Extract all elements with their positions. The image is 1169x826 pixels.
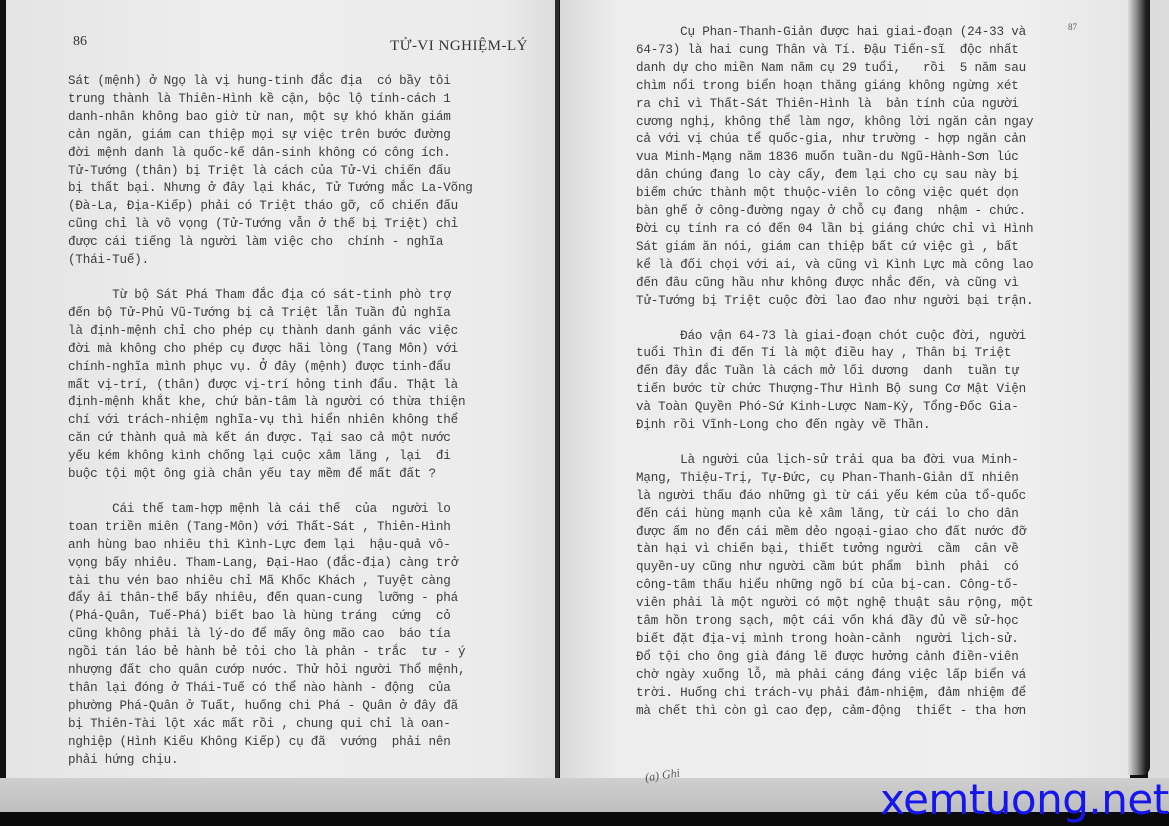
text-line: bàn ghế ở công-đường ngay ở chỗ cụ đang … bbox=[636, 203, 1033, 221]
text-line: Sát (mệnh) ở Ngọ là vị hung-tinh đắc địa… bbox=[68, 73, 473, 91]
text-line: danh dự cho miền Nam năm cụ 29 tuổi, rồi… bbox=[636, 60, 1033, 78]
text-line: 64-73) là hai cung Thân và Tí. Đậu Tiến-… bbox=[636, 42, 1033, 60]
text-line: yếu kém không kình chống lại cuộc xâm lă… bbox=[68, 448, 473, 466]
paragraph: Đáo vận 64-73 là giai-đoạn chót cuộc đời… bbox=[636, 328, 1033, 435]
text-line: Tử-Tướng (thân) bị Triệt là cách của Tử-… bbox=[68, 163, 473, 181]
text-line: và Toàn Quyền Phó-Sứ Kinh-Lược Nam-Kỳ, T… bbox=[636, 399, 1033, 417]
text-line: vọng bấy nhiêu. Tham-Lang, Đại-Hao (đắc-… bbox=[68, 555, 473, 573]
text-line: bị Thiên-Tài lột xác mất rồi , chung qui… bbox=[68, 716, 473, 734]
text-line: Mạng, Thiệu-Trị, Tự-Đức, cụ Phan-Thanh-G… bbox=[636, 470, 1033, 488]
paragraph-gap bbox=[68, 484, 473, 501]
paragraph-gap bbox=[636, 311, 1033, 328]
text-line: trung thành là Thiên-Hình kề cận, bộc lộ… bbox=[68, 91, 473, 109]
text-line: đến đây đắc Tuần là cách mở lối dương da… bbox=[636, 363, 1033, 381]
text-line: là người thấu đáo những gì từ cái yếu ké… bbox=[636, 488, 1033, 506]
paragraph-gap bbox=[68, 270, 473, 287]
text-line: tâm hồn trong sạch, một cái vốn khá đầy … bbox=[636, 613, 1033, 631]
text-line: Đáo vận 64-73 là giai-đoạn chót cuộc đời… bbox=[636, 328, 1033, 346]
text-line: (Đà-La, Địa-Kiếp) phải có Triệt tháo gỡ,… bbox=[68, 198, 473, 216]
paragraph-gap bbox=[636, 435, 1033, 452]
text-line: viên phải là một người có một nghệ thuật… bbox=[636, 595, 1033, 613]
margin-page-number: 87 bbox=[1068, 22, 1077, 32]
scan-background bbox=[1148, 0, 1169, 780]
book-spine bbox=[555, 0, 559, 782]
text-line: chờ ngày xuống lỗ, mà phải cáng đáng việ… bbox=[636, 667, 1033, 685]
text-line: vua Minh-Mạng năm 1836 muốn tuần-du Ngũ-… bbox=[636, 149, 1033, 167]
running-title: TỬ-VI NGHIỆM-LÝ bbox=[390, 38, 528, 55]
text-line: nghiệp (Hình Kiếu Không Kiếp) cụ đã vướn… bbox=[68, 734, 473, 752]
text-line: tuổi Thìn đi đến Tí là một điều hay , Th… bbox=[636, 345, 1033, 363]
text-line: dân chúng đang lo cày cấy, đem lại cho c… bbox=[636, 167, 1033, 185]
text-line: ra chỉ vì Thất-Sát Thiên-Hình là bản tín… bbox=[636, 96, 1033, 114]
text-line: Tử-Tướng bị Triệt cuộc đời lao đao như n… bbox=[636, 293, 1033, 311]
text-line: tàn hại vì chiến bại, thiết tưởng người … bbox=[636, 541, 1033, 559]
text-line: (Phá-Quân, Tuế-Phá) biết bao là hùng trá… bbox=[68, 608, 473, 626]
text-line: buộc tội một ông già chân yếu tay mềm để… bbox=[68, 466, 473, 484]
paragraph: Cụ Phan-Thanh-Giản được hai giai-đoạn (2… bbox=[636, 24, 1033, 311]
paragraph: Là người của lịch-sử trải qua ba đời vua… bbox=[636, 452, 1033, 721]
text-line: cương nghị, không thể làm ngơ, không lời… bbox=[636, 114, 1033, 132]
text-line: Là người của lịch-sử trải qua ba đời vua… bbox=[636, 452, 1033, 470]
site-watermark: xemtuong.net bbox=[880, 778, 1169, 822]
page-stack-edge bbox=[1128, 0, 1150, 775]
text-line: chìm nổi trong biển hoạn thăng giáng khô… bbox=[636, 78, 1033, 96]
text-line: chính-nghĩa mình phục vụ. Ở đây (mệnh) đ… bbox=[68, 359, 473, 377]
text-line: định-mệnh khắt khe, chứ bản-tâm là người… bbox=[68, 394, 473, 412]
text-line: biếm chức thành một thuộc-viên lo công v… bbox=[636, 185, 1033, 203]
text-line: căn cứ thành quả mà kết án được. Tại sao… bbox=[68, 430, 473, 448]
text-line: danh-nhân không bao giờ từ nan, một sự k… bbox=[68, 109, 473, 127]
text-line: cản ngăn, giám can thiệp mọi sự việc trê… bbox=[68, 127, 473, 145]
left-page-body: Sát (mệnh) ở Ngọ là vị hung-tinh đắc địa… bbox=[68, 73, 473, 770]
text-line: Cái thế tam-hợp mệnh là cái thế của ngườ… bbox=[68, 501, 473, 519]
text-line: tiến bước từ chức Thượng-Thư Hình Bộ sun… bbox=[636, 381, 1033, 399]
text-line: cũng chỉ là vô vọng (Tử-Tướng vẫn ở thế … bbox=[68, 216, 473, 234]
text-line: toan triền miên (Tang-Môn) với Thất-Sát … bbox=[68, 519, 473, 537]
text-line: Sát giám ăn nói, giám can thiệp bất cứ v… bbox=[636, 239, 1033, 257]
text-line: mất vị-trí, (thân) được vị-trí hỏng tinh… bbox=[68, 377, 473, 395]
text-line: bị thất bại. Nhưng ở đây lại khác, Tử Tư… bbox=[68, 180, 473, 198]
text-line: Đổ tội cho ông già đáng lẽ được hưởng cả… bbox=[636, 649, 1033, 667]
paragraph: Cái thế tam-hợp mệnh là cái thế của ngườ… bbox=[68, 501, 473, 770]
text-line: phải hứng chịu. bbox=[68, 752, 473, 770]
text-line: Đời cụ tính ra có đến 04 lần bị giáng ch… bbox=[636, 221, 1033, 239]
text-line: đời mệnh danh là quốc-kế dân-sinh không … bbox=[68, 145, 473, 163]
text-line: cũng không phải là lý-do để mấy ông mão … bbox=[68, 626, 473, 644]
text-line: (Thái-Tuế). bbox=[68, 252, 473, 270]
text-line: phường Phá-Quân ở Tuất, huống chi Phá - … bbox=[68, 698, 473, 716]
text-line: quyền-uy cũng như người cầm bút phẩm bìn… bbox=[636, 559, 1033, 577]
text-line: đến cái hùng mạnh của kẻ xâm lăng, từ cá… bbox=[636, 506, 1033, 524]
text-line: mà chết thì còn gì cao đẹp, cảm-động thi… bbox=[636, 703, 1033, 721]
text-line: đời mà không cho phép cụ được hãi lòng (… bbox=[68, 341, 473, 359]
text-line: biết đặt địa-vị mình trong hoàn-cảnh ngư… bbox=[636, 631, 1033, 649]
text-line: Từ bộ Sát Phá Tham đắc địa có sát-tinh p… bbox=[68, 287, 473, 305]
text-line: được ấm no đến cái mềm dẻo ngoại-giao ch… bbox=[636, 524, 1033, 542]
paragraph: Từ bộ Sát Phá Tham đắc địa có sát-tinh p… bbox=[68, 287, 473, 484]
text-line: đến bộ Tử-Phủ Vũ-Tướng bị cả Triệt lẫn T… bbox=[68, 305, 473, 323]
text-line: nhượng đất cho quân cướp nước. Thử hỏi n… bbox=[68, 662, 473, 680]
text-line: công-tâm thấu hiểu những ngõ bí của bị-c… bbox=[636, 577, 1033, 595]
text-line: kể là đối chọi với ai, và cũng vì Kình L… bbox=[636, 257, 1033, 275]
text-line: trời. Huống chi trách-vụ phải đảm-nhiệm,… bbox=[636, 685, 1033, 703]
right-page-body: Cụ Phan-Thanh-Giản được hai giai-đoạn (2… bbox=[636, 24, 1033, 721]
text-line: ngồi tán láo bẻ hành bẻ tỏi cho là phản … bbox=[68, 644, 473, 662]
text-line: chí với trách-nhiệm nghĩa-vụ thì hiển nh… bbox=[68, 412, 473, 430]
text-line: tài thu vén bao nhiêu chỉ Mã Khốc Khách … bbox=[68, 573, 473, 591]
text-line: Cụ Phan-Thanh-Giản được hai giai-đoạn (2… bbox=[636, 24, 1033, 42]
page-number: 86 bbox=[73, 34, 87, 50]
paragraph: Sát (mệnh) ở Ngọ là vị hung-tinh đắc địa… bbox=[68, 73, 473, 270]
text-line: Định rồi Vĩnh-Long cho đến ngày về Thần. bbox=[636, 417, 1033, 435]
text-line: đến đâu cũng hầu như không được nhắc đến… bbox=[636, 275, 1033, 293]
page-header: 86 TỬ-VI NGHIỆM-LÝ bbox=[68, 32, 528, 54]
text-line: đẩy ải thân-thế bấy nhiêu, đến quan-cung… bbox=[68, 590, 473, 608]
text-line: cả với vị chúa tể quốc-gia, như trường -… bbox=[636, 131, 1033, 149]
text-line: được cái tiếng là người làm việc cho chí… bbox=[68, 234, 473, 252]
text-line: thân lại đóng ở Thái-Tuế có thể nào hành… bbox=[68, 680, 473, 698]
text-line: anh hùng bao nhiêu thì Kình-Lực đem lại … bbox=[68, 537, 473, 555]
text-line: là định-mệnh chỉ cho phép cụ thành danh … bbox=[68, 323, 473, 341]
